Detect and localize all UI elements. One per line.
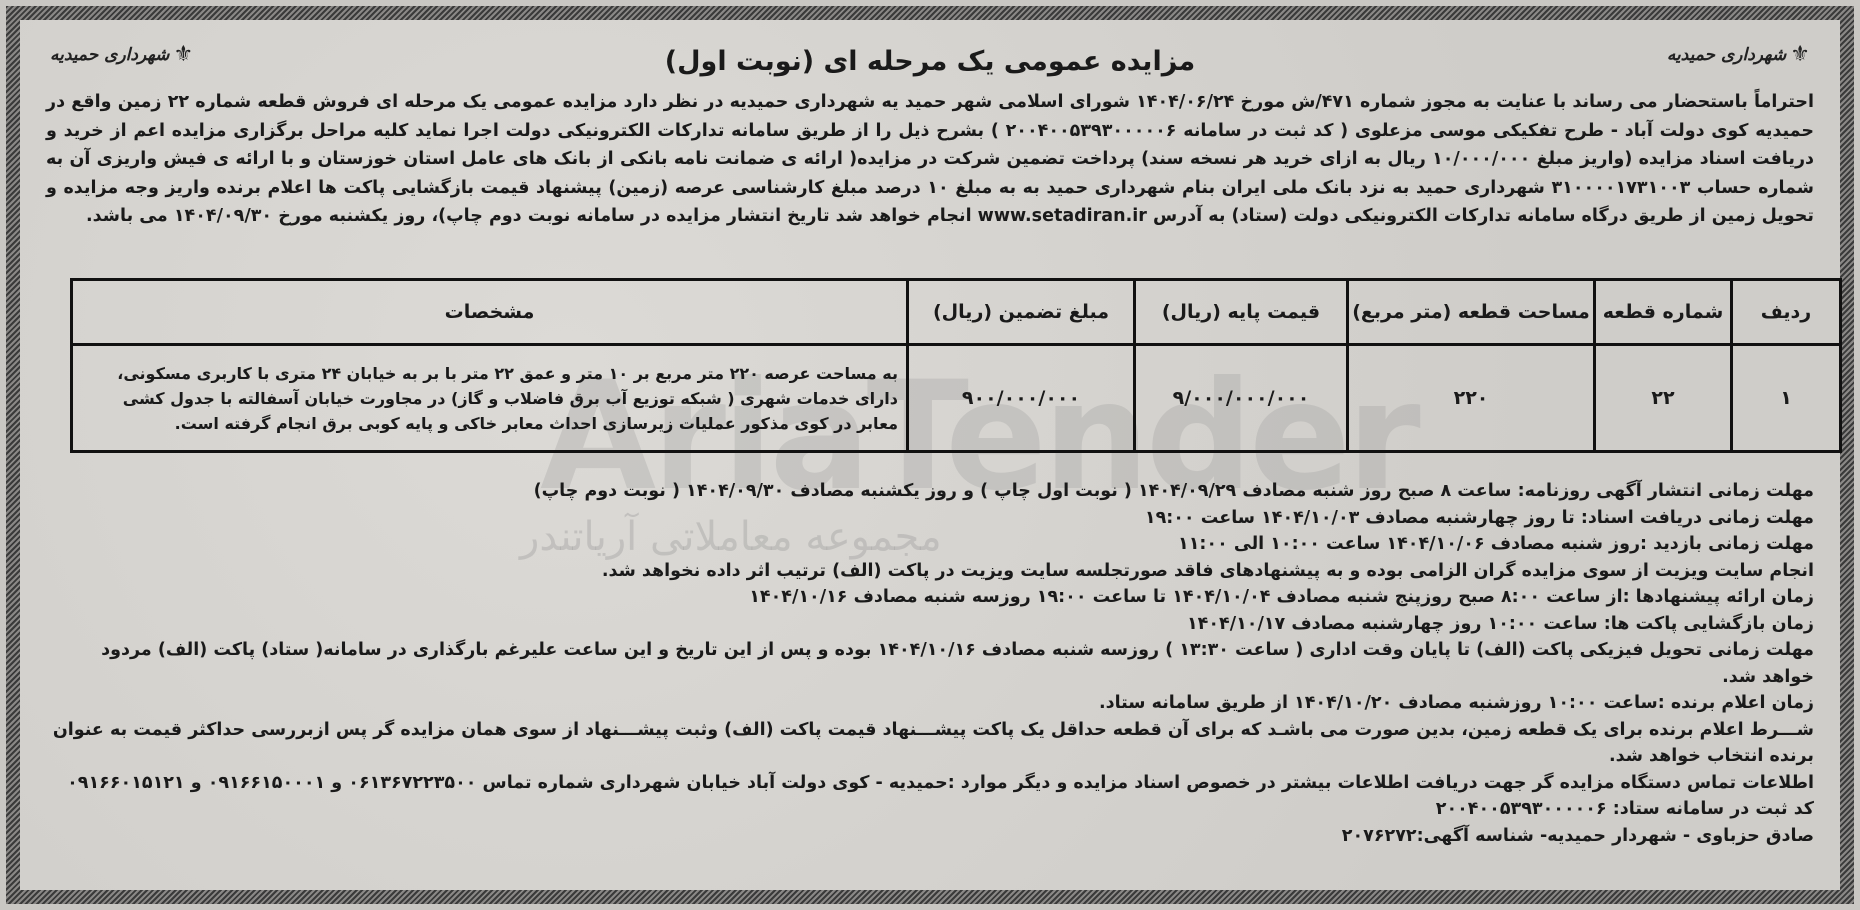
- detail-publication-deadline: مهلت زمانی انتشار آگهی روزنامه: ساعت ۸ ص…: [46, 478, 1814, 505]
- header-base-price: قیمت پایه (ریال): [1135, 280, 1348, 345]
- header-area: مساحت قطعه (متر مربع): [1348, 280, 1595, 345]
- detail-setad-code: کد ثبت در سامانه ستاد: ۲۰۰۴۰۰۵۳۹۳۰۰۰۰۰۶: [46, 796, 1814, 823]
- detail-signature: صادق حزباوی - شهردار حمیدیه- شناسه آگهی:…: [46, 823, 1814, 850]
- cell-guarantee: ۹۰۰/۰۰۰/۰۰۰: [908, 345, 1135, 452]
- detail-site-visit-requirement: انجام سایت ویزیت از سوی مزایده گران الزا…: [46, 558, 1814, 585]
- detail-physical-delivery: مهلت زمانی تحویل فیزیکی پاکت (الف) تا پا…: [46, 637, 1814, 690]
- cell-area: ۲۲۰: [1348, 345, 1595, 452]
- cell-base-price: ۹/۰۰۰/۰۰۰/۰۰۰: [1135, 345, 1348, 452]
- intro-paragraph: احتراماً باستحضار می رساند با عنایت به م…: [46, 88, 1814, 231]
- detail-bid-submission-time: زمان ارائه پیشنهادها :از ساعت ۸:۰۰ صبح ر…: [46, 584, 1814, 611]
- detail-opening-time: زمان بازگشایی پاکت ها: ساعت ۱۰:۰۰ روز چه…: [46, 611, 1814, 638]
- ad-paper: شهرداری حمیدیه ⚜ شهرداری حمیدیه ⚜ مزایده…: [20, 20, 1840, 890]
- detail-winner-announcement: زمان اعلام برنده :ساعت ۱۰:۰۰ روزشنبه مصا…: [46, 690, 1814, 717]
- details-section: مهلت زمانی انتشار آگهی روزنامه: ساعت ۸ ص…: [46, 478, 1814, 849]
- ad-title: مزایده عمومی یک مرحله ای (نوبت اول): [20, 46, 1840, 77]
- table-header-row: ردیف شماره قطعه مساحت قطعه (متر مربع) قی…: [72, 280, 1841, 345]
- header-specs: مشخصات: [72, 280, 908, 345]
- table-row: ۱ ۲۲ ۲۲۰ ۹/۰۰۰/۰۰۰/۰۰۰ ۹۰۰/۰۰۰/۰۰۰ به مس…: [72, 345, 1841, 452]
- lots-table: ردیف شماره قطعه مساحت قطعه (متر مربع) قی…: [70, 278, 1842, 453]
- detail-document-deadline: مهلت زمانی دریافت اسناد: تا روز چهارشنبه…: [46, 505, 1814, 532]
- cell-lot-number: ۲۲: [1595, 345, 1732, 452]
- header-guarantee: مبلغ تضمین (ریال): [908, 280, 1135, 345]
- cell-specs: به مساحت عرصه ۲۲۰ متر مربع بر ۱۰ متر و ع…: [72, 345, 908, 452]
- header-lot-number: شماره قطعه: [1595, 280, 1732, 345]
- detail-contact-info: اطلاعات تماس دستگاه مزایده گر جهت دریافت…: [46, 770, 1814, 797]
- ad-border-frame: شهرداری حمیدیه ⚜ شهرداری حمیدیه ⚜ مزایده…: [6, 6, 1854, 904]
- cell-row-number: ۱: [1732, 345, 1841, 452]
- header-row-number: ردیف: [1732, 280, 1841, 345]
- detail-winner-condition: شـــرط اعلام برنده برای یک قطعه زمین، بد…: [46, 717, 1814, 770]
- detail-visit-time: مهلت زمانی بازدید :روز شنبه مصادف ۱۴۰۴/۱…: [46, 531, 1814, 558]
